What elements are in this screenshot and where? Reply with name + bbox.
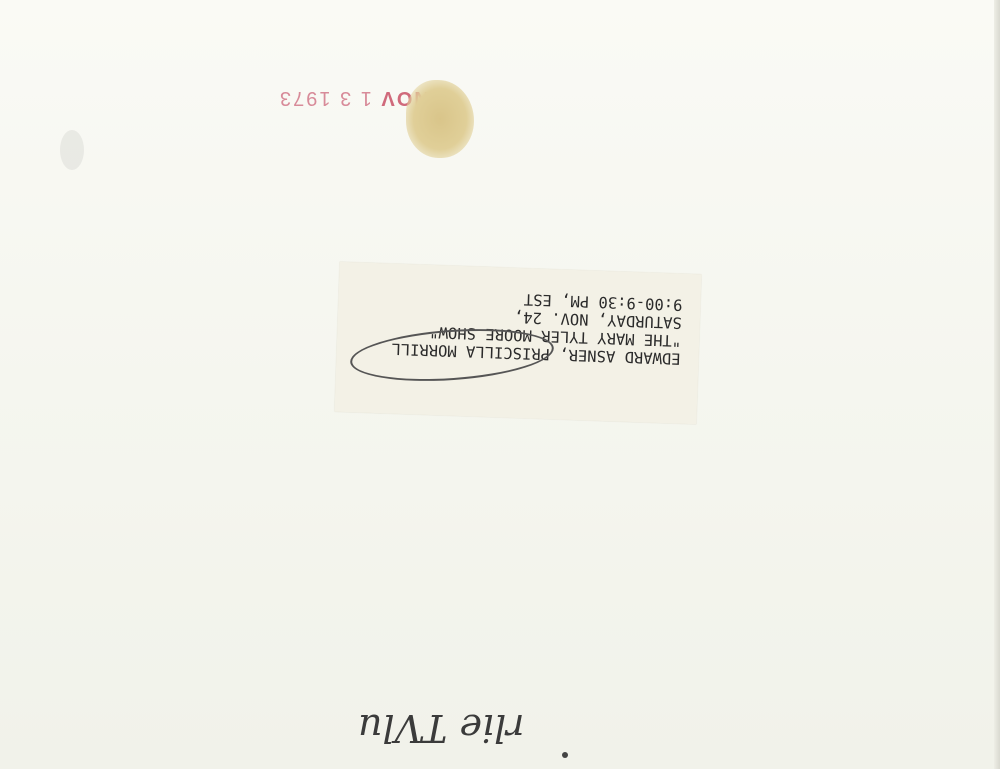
ink-dot — [562, 752, 568, 758]
stamp-day: 1 3 — [338, 87, 372, 109]
smudge-mark — [60, 130, 84, 170]
tape-stain — [406, 80, 474, 158]
stamp-year: 1973 — [278, 87, 331, 109]
handwritten-note: rlie TVlu — [358, 706, 524, 750]
paper-edge — [994, 0, 1000, 769]
